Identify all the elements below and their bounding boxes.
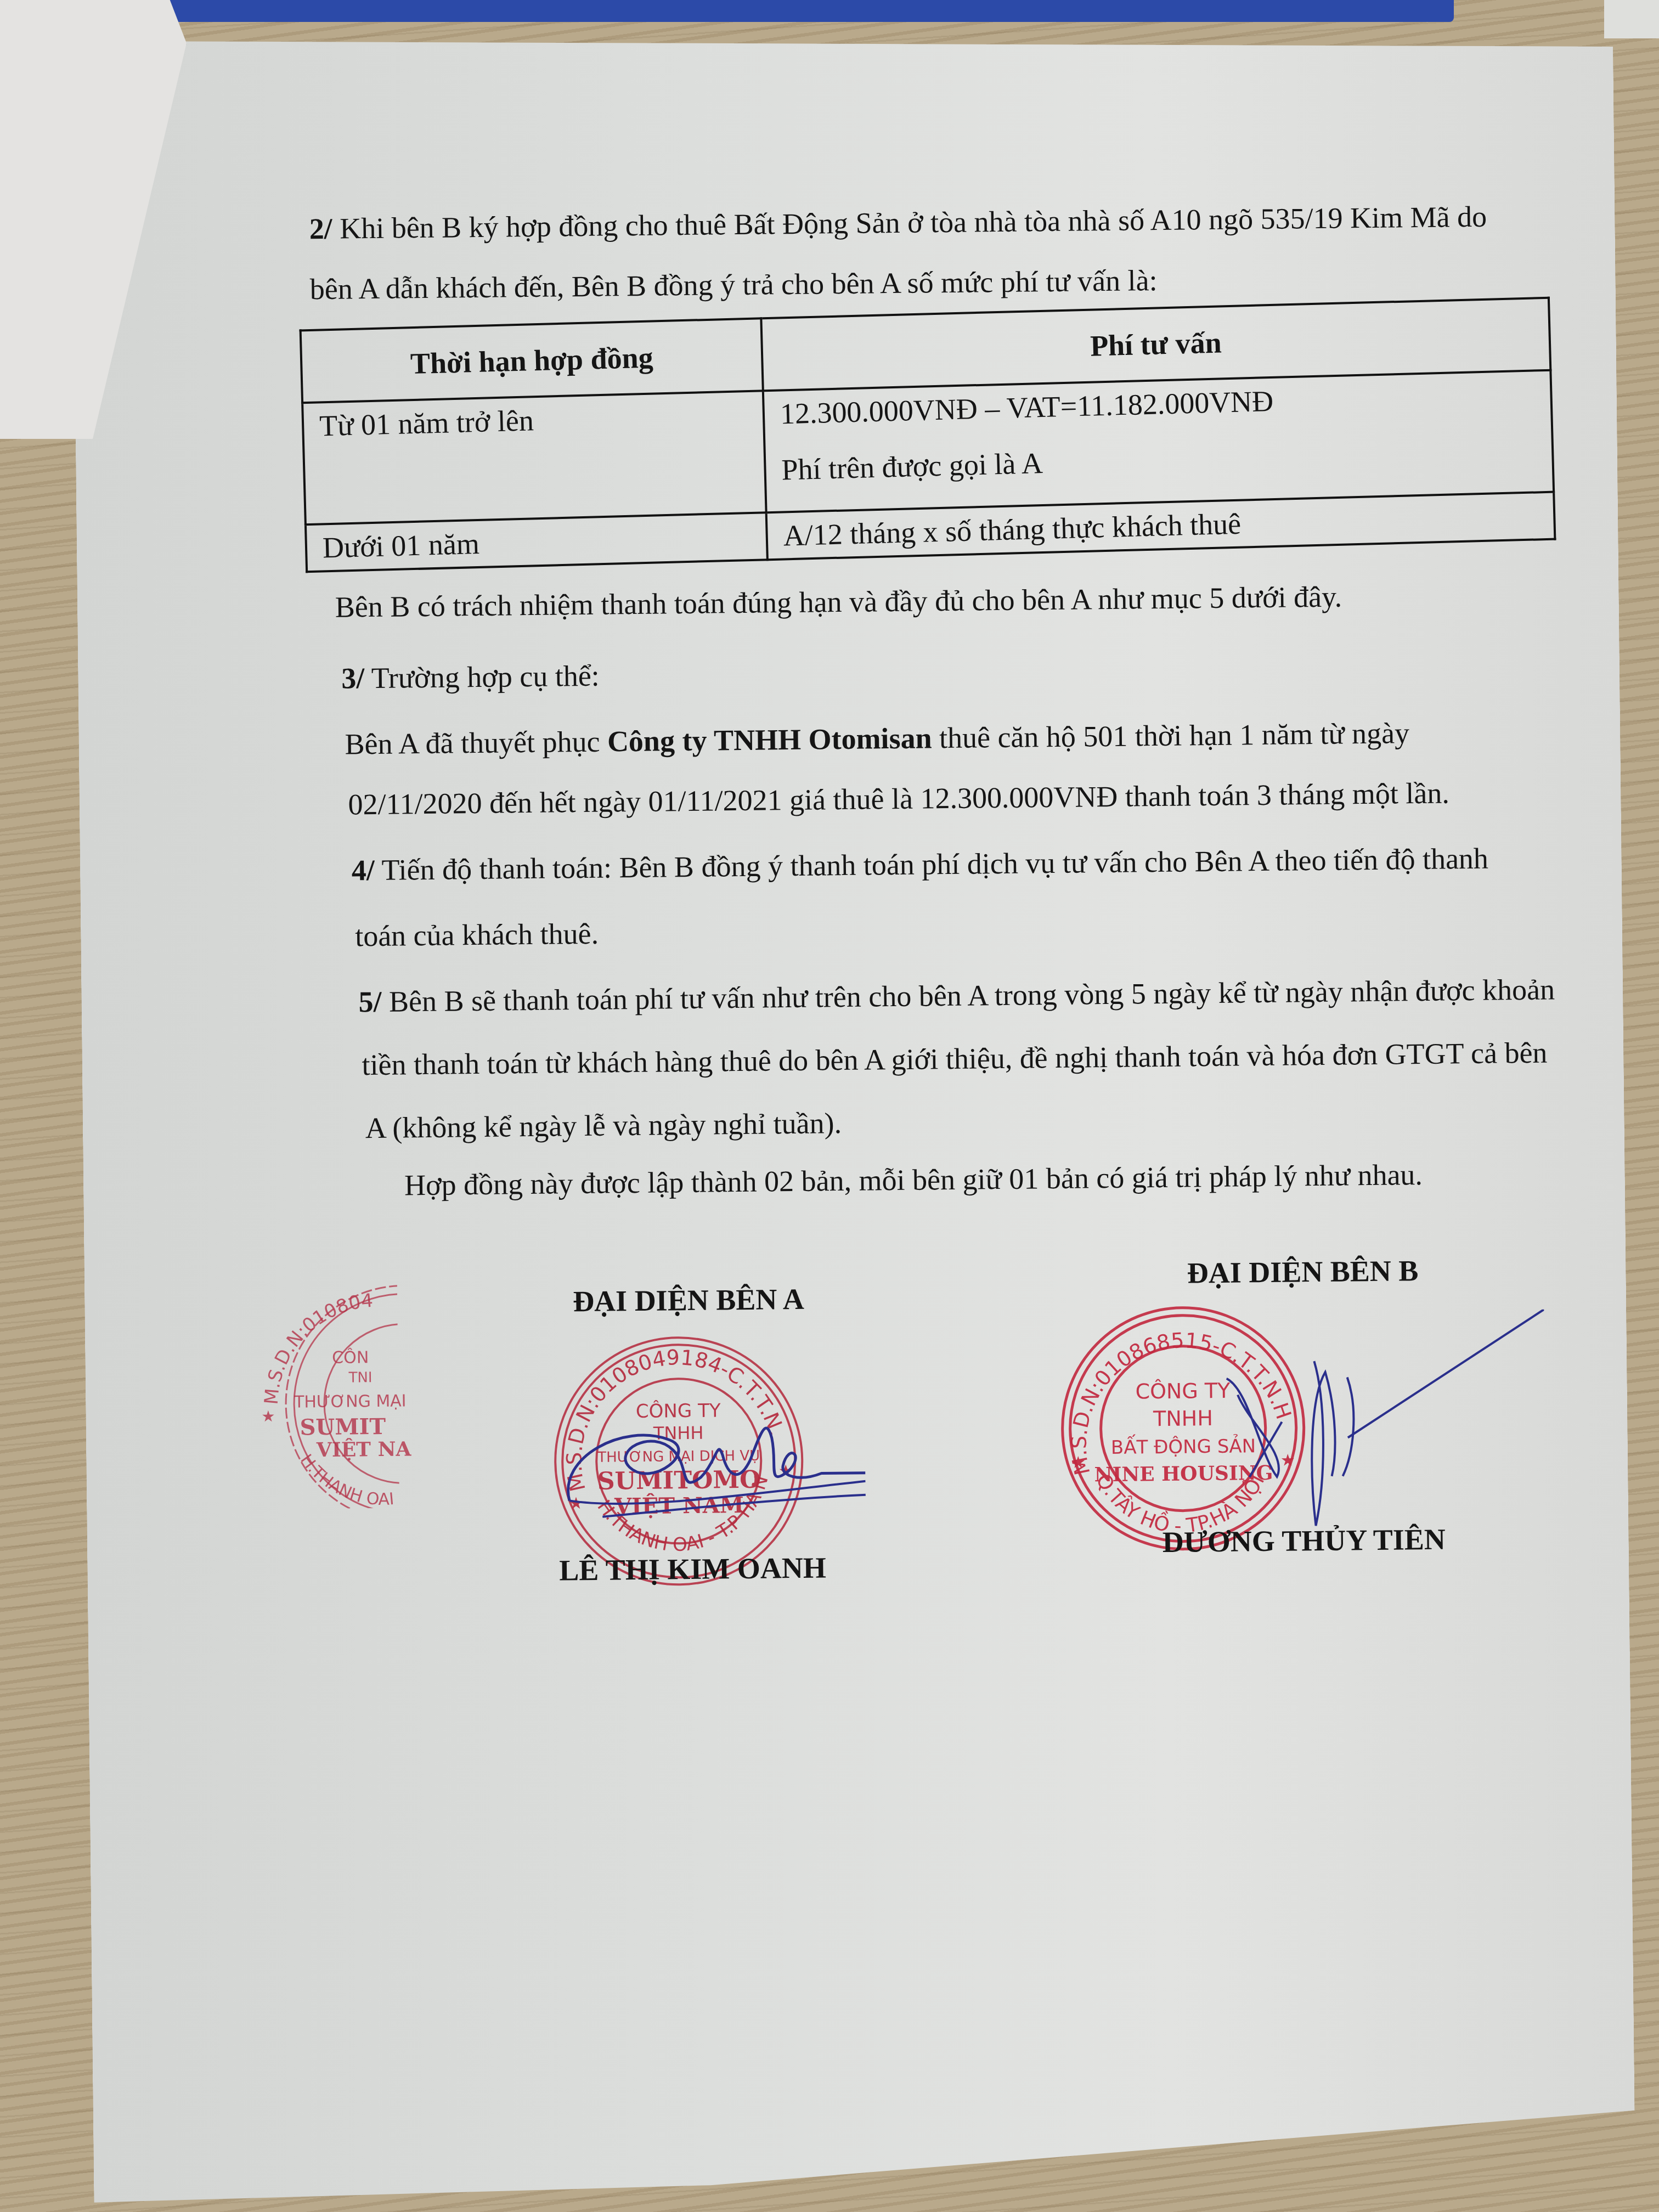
contract-page: 2/ Khi bên B ký hợp đồng cho thuê Bất Độ… <box>71 25 1635 2212</box>
section-3-heading: Trường hợp cụ thể: <box>371 659 600 695</box>
section-5-line-1: 5/ Bên B sẽ thanh toán phí tư vấn như tr… <box>358 974 1555 1017</box>
section-number: 4/ <box>352 854 375 887</box>
svg-text:★: ★ <box>261 1407 275 1425</box>
party-b-signature <box>1215 1310 1546 1548</box>
payment-responsibility: Bên B có trách nhiệm thanh toán đúng hạn… <box>335 582 1342 622</box>
svg-text:CÔN: CÔN <box>332 1347 369 1368</box>
section-4-line-1: 4/ Tiến độ thanh toán: Bên B đồng ý than… <box>352 844 1489 885</box>
section-number: 3/ <box>341 662 365 695</box>
party-a-representative-name: LÊ THỊ KIM OANH <box>559 1553 826 1585</box>
section-3-line-1: Bên A đã thuyết phục Công ty TNHH Otomis… <box>345 718 1409 759</box>
party-b-title: ĐẠI DIỆN BÊN B <box>1187 1256 1418 1288</box>
section-4-text: Tiến độ thanh toán: Bên B đồng ý thanh t… <box>375 842 1489 887</box>
party-b-representative-name: DƯƠNG THỦY TIÊN <box>1163 1525 1446 1557</box>
blue-object-background <box>137 0 1454 22</box>
svg-text:★: ★ <box>1071 1453 1086 1472</box>
adjacent-sheet <box>1604 0 1659 38</box>
svg-text:VIỆT NA: VIỆT NA <box>316 1437 412 1462</box>
section-2-line-2: bên A dẫn khách đến, Bên B đồng ý trả ch… <box>310 266 1158 304</box>
section-number: 2/ <box>309 212 332 245</box>
section-2-line-1: 2/ Khi bên B ký hợp đồng cho thuê Bất Độ… <box>309 202 1487 244</box>
party-a-signature <box>557 1404 866 1533</box>
section-4-line-2: toán của khách thuê. <box>355 919 599 951</box>
partial-stamp: M.S.D.N:010804 H.THANH OAI CÔN TNI THƯƠN… <box>238 1266 438 1510</box>
fee-table: Thời hạn hợp đồng Phí tư vấn Từ 01 năm t… <box>300 297 1556 573</box>
section-3-title: 3/ Trường hợp cụ thể: <box>341 661 600 693</box>
party-a-title: ĐẠI DIỆN BÊN A <box>573 1284 804 1316</box>
svg-text:TNHH: TNHH <box>1153 1406 1213 1431</box>
section-5-line-3: A (không kể ngày lễ và ngày nghỉ tuần). <box>365 1108 842 1143</box>
svg-text:TNI: TNI <box>348 1369 372 1386</box>
text: thuê căn hộ 501 thời hạn 1 năm từ ngày <box>932 716 1409 754</box>
header-term: Thời hạn hợp đồng <box>301 318 763 403</box>
section-3-line-2: 02/11/2020 đến hết ngày 01/11/2021 giá t… <box>348 778 1449 819</box>
section-number: 5/ <box>358 985 382 1018</box>
contract-content: 2/ Khi bên B ký hợp đồng cho thuê Bất Độ… <box>238 201 1587 215</box>
fee-note: Phí trên được gọi là A <box>781 435 1537 484</box>
section-2-text: Khi bên B ký hợp đồng cho thuê Bất Động … <box>340 200 1487 245</box>
section-5-text: Bên B sẽ thanh toán phí tư vấn như trên … <box>389 973 1555 1018</box>
svg-text:SUMIT: SUMIT <box>300 1414 386 1441</box>
svg-text:THƯƠNG MẠI: THƯƠNG MẠI <box>294 1391 407 1412</box>
fee-cell: 12.300.000VNĐ – VAT=11.182.000VNĐ Phí tr… <box>763 370 1554 513</box>
section-5-line-2: tiền thanh toán từ khách hàng thuê do bê… <box>362 1038 1547 1080</box>
term-cell: Từ 01 năm trở lên <box>302 391 766 524</box>
client-company: Công ty TNHH Otomisan <box>607 721 932 758</box>
closing-statement: Hợp đồng này được lập thành 02 bản, mỗi … <box>404 1160 1423 1200</box>
text: Bên A đã thuyết phục <box>345 725 607 761</box>
